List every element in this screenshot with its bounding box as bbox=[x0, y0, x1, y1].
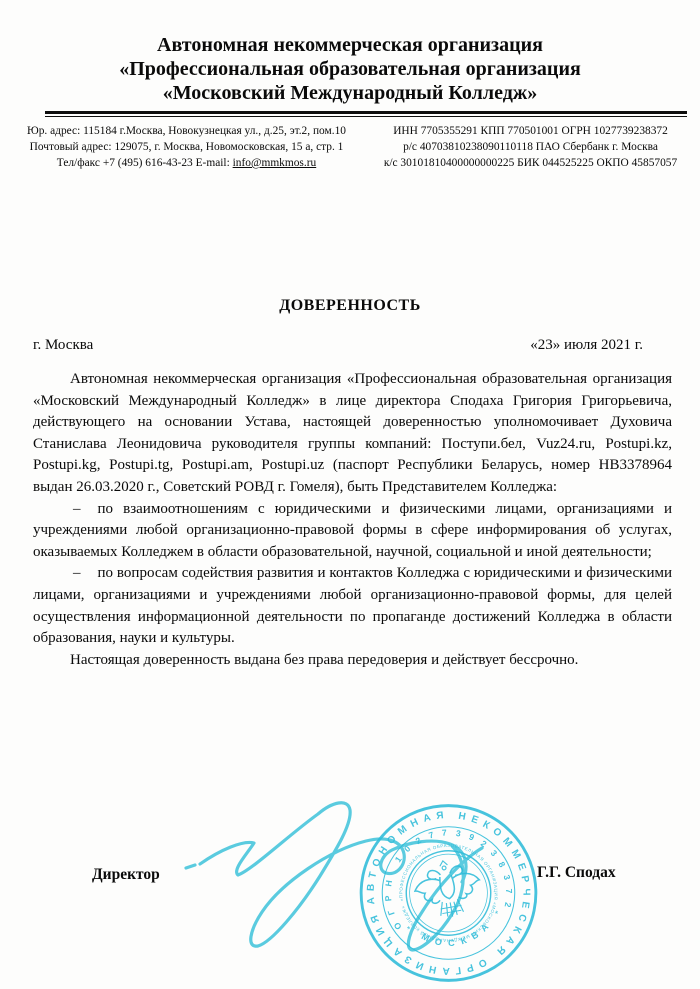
dash-marker: – bbox=[73, 501, 81, 517]
stamp-outer-circle bbox=[352, 797, 545, 989]
place-date-row: г. Москва «23» июля 2021 г. bbox=[33, 337, 643, 354]
authority-item-2: –по вопросам содействия развития и конта… bbox=[33, 563, 672, 649]
org-name-line-3: «Московский Международный Колледж» bbox=[0, 81, 700, 105]
document-title: ДОВЕРЕННОСТЬ bbox=[0, 297, 700, 315]
authority-item-1: –по взаимоотношениям с юридическими и фи… bbox=[33, 499, 672, 564]
stamp-inner-circle-2 bbox=[403, 848, 493, 938]
email-link: info@mmkmos.ru bbox=[233, 157, 317, 169]
signer-name: Г.Г. Сподах bbox=[537, 864, 616, 882]
inn-kpp-ogrn: ИНН 7705355291 КПП 770501001 ОГРН 102773… bbox=[365, 123, 696, 139]
contact-address-block: Юр. адрес: 115184 г.Москва, Новокузнецка… bbox=[0, 123, 365, 171]
dash-marker: – bbox=[73, 565, 81, 581]
document-body: Автономная некоммерческая организация «П… bbox=[33, 369, 672, 671]
document-page: Автономная некоммерческая организация «П… bbox=[0, 0, 700, 989]
org-name: Автономная некоммерческая организация «П… bbox=[0, 0, 700, 105]
signer-role: Директор bbox=[92, 866, 160, 884]
authority-item-2-text: по вопросам содействия развития и контак… bbox=[33, 565, 672, 646]
org-stamp: АВТОНОМНАЯ НЕКОММЕРЧЕСКАЯ ОРГАНИЗАЦИЯ ОГ… bbox=[352, 797, 545, 989]
intro-paragraph: Автономная некоммерческая организация «П… bbox=[33, 369, 672, 499]
closing-paragraph: Настоящая доверенность выдана без права … bbox=[33, 650, 672, 672]
letterhead-divider bbox=[45, 111, 687, 117]
phone-fax: Тел/факс +7 (495) 616-43-23 E-mail: bbox=[57, 157, 233, 169]
settlement-account: р/с 40703810238090110118 ПАО Сбербанк г.… bbox=[365, 139, 696, 155]
corr-account-bik-okpo: к/с 30101810400000000225 БИК 044525225 О… bbox=[365, 155, 696, 171]
date: «23» июля 2021 г. bbox=[530, 337, 643, 354]
legal-address: Юр. адрес: 115184 г.Москва, Новокузнецка… bbox=[8, 123, 365, 139]
org-name-line-2: «Профессиональная образовательная органи… bbox=[0, 57, 700, 81]
stamp-city-text: МОСКВА bbox=[418, 920, 492, 954]
stamp-star-right: * bbox=[494, 908, 500, 919]
letterhead: Автономная некоммерческая организация «П… bbox=[0, 0, 700, 171]
place: г. Москва bbox=[33, 337, 93, 354]
signature-tick bbox=[186, 865, 195, 868]
org-name-line-1: Автономная некоммерческая организация bbox=[0, 33, 700, 57]
postal-address: Почтовый адрес: 129075, г. Москва, Новом… bbox=[8, 139, 365, 155]
letterhead-contacts: Юр. адрес: 115184 г.Москва, Новокузнецка… bbox=[0, 123, 700, 171]
authority-item-1-text: по взаимоотношениям с юридическими и физ… bbox=[33, 501, 672, 560]
phone-email-line: Тел/факс +7 (495) 616-43-23 E-mail: info… bbox=[8, 155, 365, 171]
bank-details-block: ИНН 7705355291 КПП 770501001 ОГРН 102773… bbox=[365, 123, 700, 171]
stamp-outer-ring-text: АВТОНОМНАЯ НЕКОММЕРЧЕСКАЯ ОРГАНИЗАЦИЯ bbox=[352, 797, 544, 989]
